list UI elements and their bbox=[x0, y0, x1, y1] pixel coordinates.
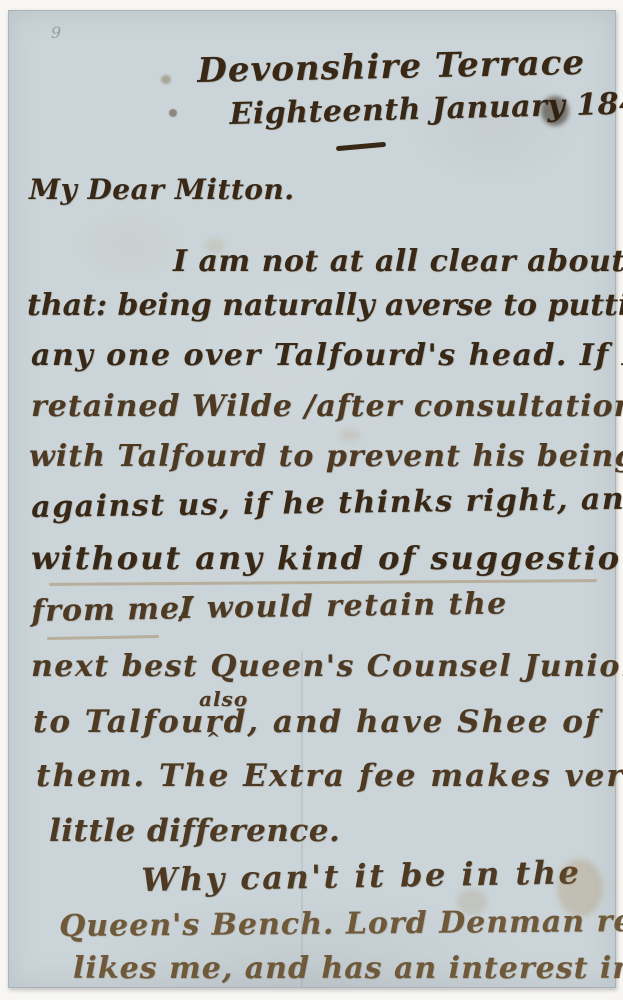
paper: 9 Devonshire Terrace Eighteenth January … bbox=[8, 10, 616, 988]
stain-mark bbox=[169, 109, 177, 117]
body-line-13: Why can't it be in the bbox=[141, 853, 582, 899]
stain-mark bbox=[339, 429, 361, 441]
body-line-11: them. The Extra fee makes very bbox=[36, 758, 623, 794]
body-line-5: with Talfourd to prevent his being bbox=[29, 439, 623, 474]
stain-mark bbox=[557, 859, 603, 917]
fold-crease bbox=[301, 651, 303, 987]
body-line-15: likes me, and has an interest in bbox=[73, 951, 623, 986]
body-line-9: next best Queen's Counsel Junior bbox=[31, 649, 623, 684]
body-line-8b: I would retain the bbox=[179, 586, 508, 626]
date-flourish-dash bbox=[336, 142, 386, 151]
body-line-4: retained Wilde /after consultation bbox=[31, 389, 623, 424]
body-line-7: without any kind of suggestion bbox=[31, 539, 623, 577]
stain-mark bbox=[457, 889, 487, 915]
body-line-10: to Talfourd, and have Shee of bbox=[33, 704, 600, 740]
body-line-6: against us, if he thinks right, and bbox=[31, 481, 623, 525]
salutation: My Dear Mitton. bbox=[29, 173, 295, 206]
address-line: Devonshire Terrace bbox=[197, 43, 585, 91]
stain-mark bbox=[205, 239, 225, 253]
body-line-12: little difference. bbox=[49, 813, 340, 849]
pencil-mark: 9 bbox=[51, 23, 61, 42]
underline-without-suggestion bbox=[49, 579, 597, 586]
insertion-also: also bbox=[199, 687, 248, 711]
body-line-1: I am not at all clear about bbox=[173, 244, 623, 279]
body-line-14: Queen's Bench. Lord Denman really bbox=[59, 903, 623, 944]
stain-mark bbox=[161, 75, 171, 84]
letter-scan: 9 Devonshire Terrace Eighteenth January … bbox=[0, 0, 623, 1000]
body-line-8a: from me/ bbox=[31, 591, 192, 629]
body-line-2: that: being naturally averse to putting bbox=[27, 288, 623, 323]
insertion-caret: ^ bbox=[206, 729, 220, 749]
underline-from-me bbox=[47, 635, 159, 640]
body-line-3: any one over Talfourd's head. If I bbox=[31, 338, 623, 373]
ink-blot bbox=[541, 96, 569, 126]
